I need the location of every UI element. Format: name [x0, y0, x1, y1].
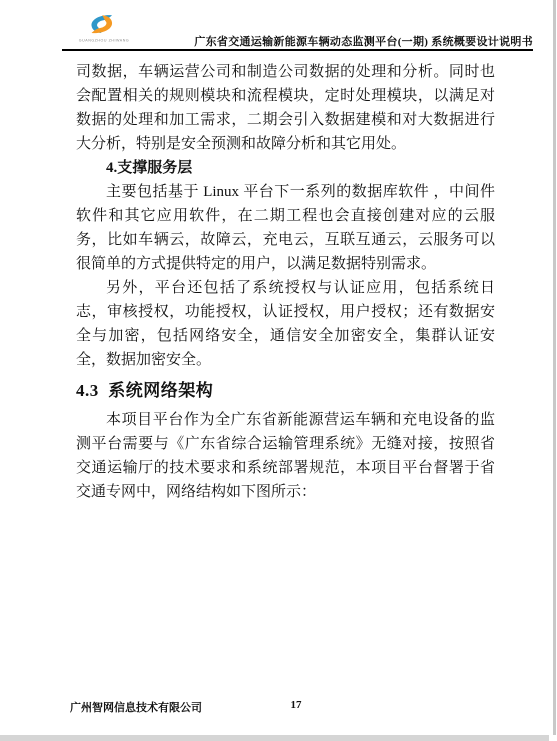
page-header: GUANGZHOU ZHIWANG 广东省交通运输新能源车辆动态监测平台(一期)…	[0, 0, 557, 52]
document-body: 司数据，车辆运营公司和制造公司数据的处理和分析。同时也会配置相关的规则模块和流程…	[76, 60, 495, 504]
header-divider	[62, 49, 533, 51]
company-logo: GUANGZHOU ZHIWANG	[74, 13, 134, 43]
heading-system-network-architecture: 4.3 系统网络架构	[76, 378, 495, 404]
paragraph-security: 另外，平台还包括了系统授权与认证应用，包括系统日志，审核授权，功能授权，认证授权…	[76, 276, 495, 372]
document-page: GUANGZHOU ZHIWANG 广东省交通运输新能源车辆动态监测平台(一期)…	[0, 0, 557, 741]
paragraph-network-intro: 本项目平台作为全广东省新能源营运车辆和充电设备的监测平台需要与《广东省综合运输管…	[76, 408, 495, 504]
heading-support-service-layer: 4.支撑服务层	[76, 156, 495, 180]
logo-caption: GUANGZHOU ZHIWANG	[77, 38, 131, 43]
paragraph-continuation: 司数据，车辆运营公司和制造公司数据的处理和分析。同时也会配置相关的规则模块和流程…	[76, 60, 495, 156]
page-edge-right	[553, 0, 556, 735]
logo-icon	[88, 13, 120, 37]
page-footer: 广州智网信息技术有限公司 17	[0, 699, 557, 719]
paragraph-support-services: 主要包括基于 Linux 平台下一系列的数据库软件 ，中间件软件和其它应用软件，…	[76, 180, 495, 276]
page-number: 17	[76, 699, 516, 711]
page-edge-bottom	[0, 735, 549, 741]
document-header-title: 广东省交通运输新能源车辆动态监测平台(一期) 系统概要设计说明书	[194, 33, 533, 49]
